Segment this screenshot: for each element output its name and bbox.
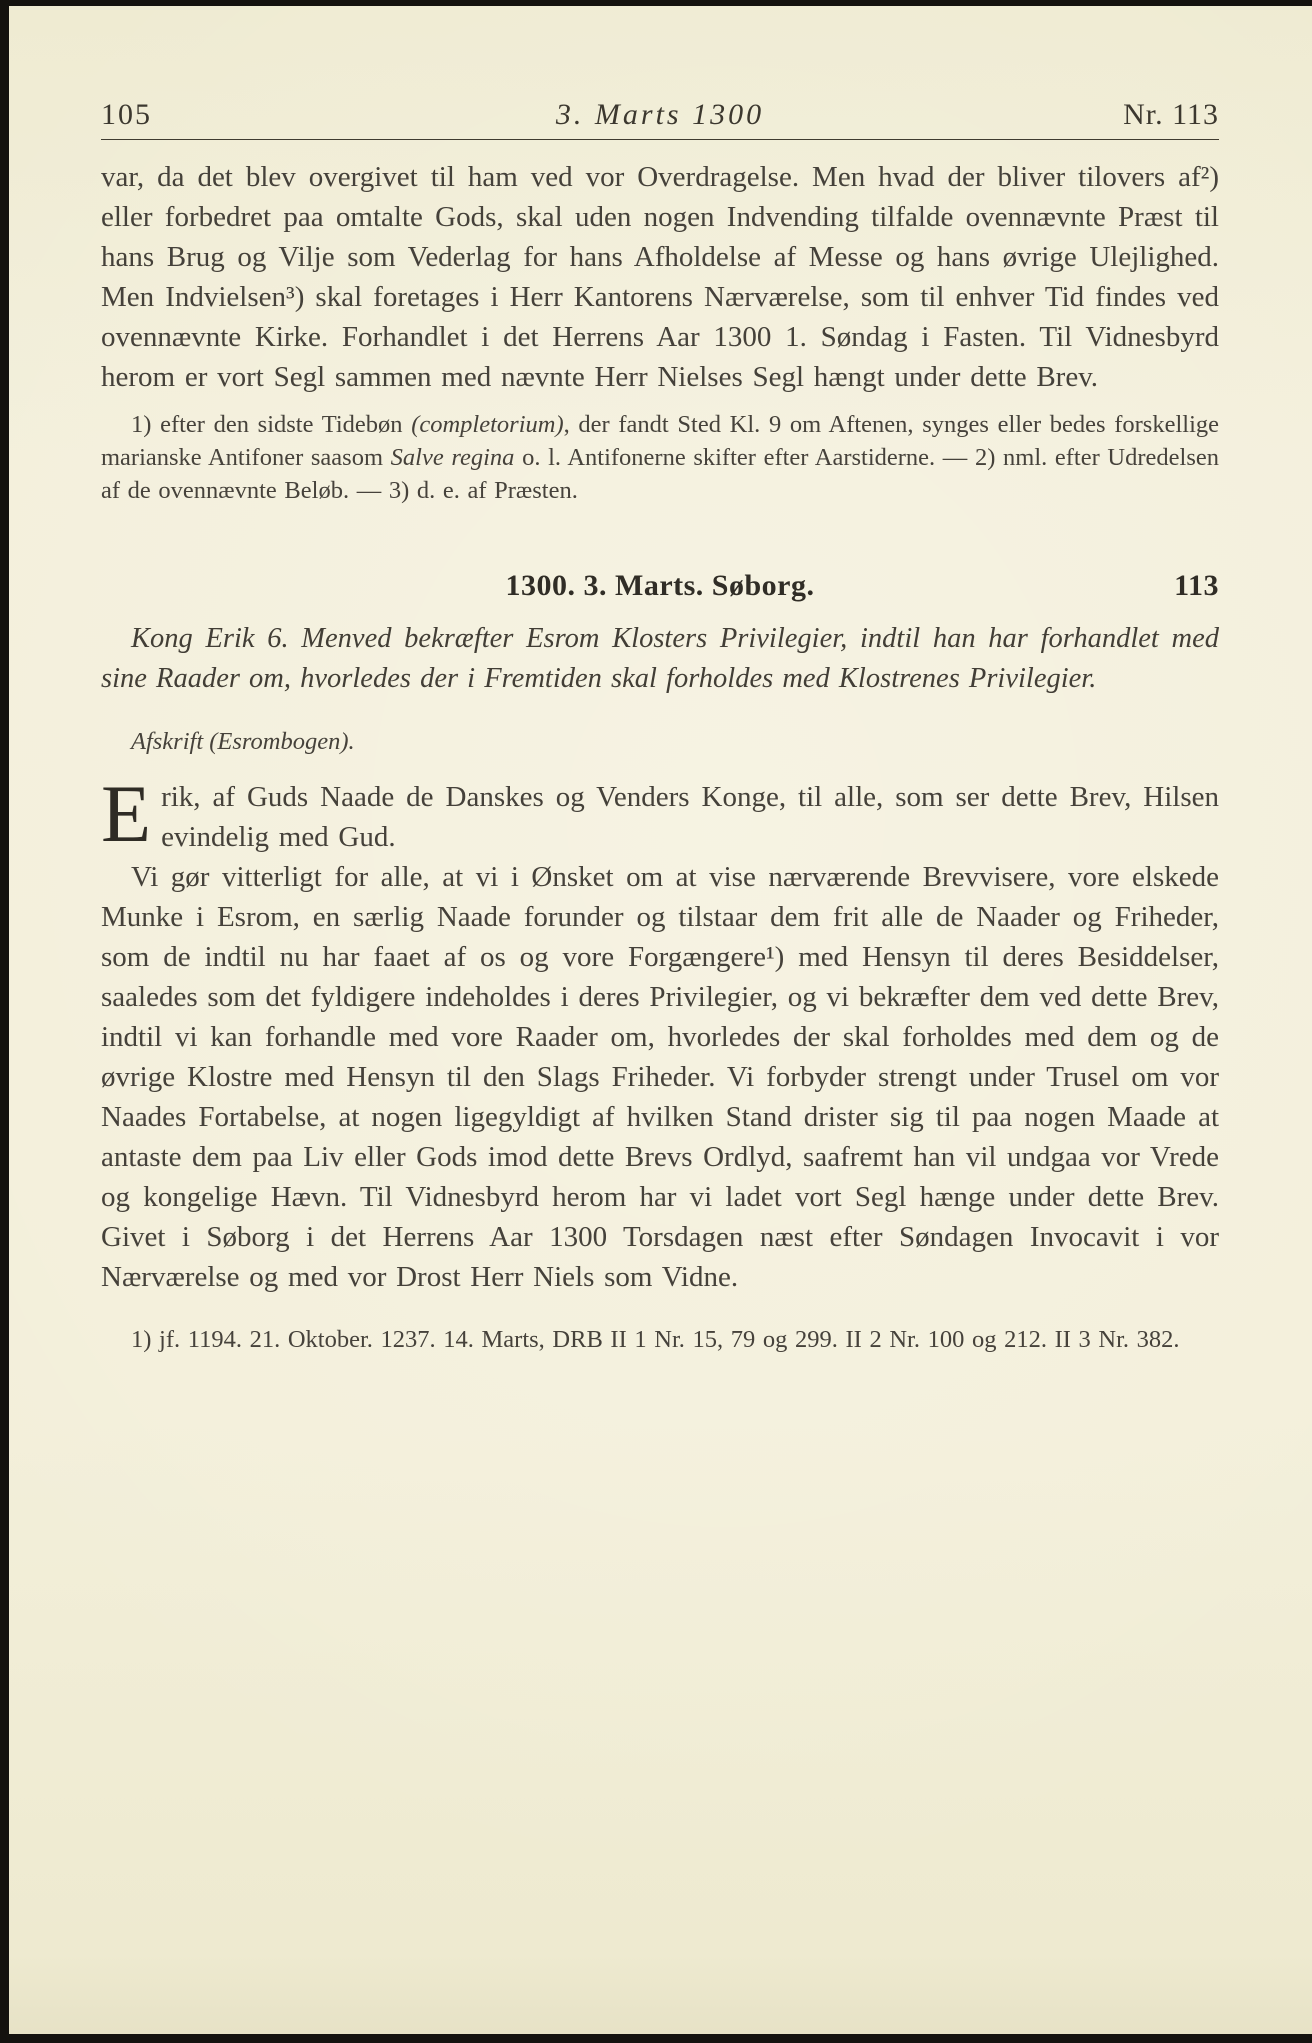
footnote-1-segment: 1) efter den sidste Tidebøn — [131, 411, 411, 438]
footnote-block-2: 1) jf. 1194. 21. Oktober. 1237. 14. Mart… — [101, 1323, 1219, 1356]
entry-body-paragraph-2: Vi gør vitterligt for alle, at vi i Ønsk… — [101, 857, 1219, 1297]
scanned-book-page: { "page": { "page_number": "105", "runni… — [0, 0, 1312, 2043]
page-content: 105 3. Marts 1300 Nr. 113 var, da det bl… — [101, 6, 1219, 1356]
header-rule — [101, 139, 1219, 140]
entry-body-paragraph-1: Erik, af Guds Naade de Danskes og Vender… — [101, 777, 1219, 857]
continuation-paragraph: var, da det blev overgivet til ham ved v… — [101, 157, 1219, 397]
running-title: 3. Marts 1300 — [281, 98, 1039, 132]
entry-heading-row: 1300. 3. Marts. Søborg. 113 — [101, 569, 1219, 603]
drop-cap-initial: E — [101, 777, 161, 847]
entry-number: 113 — [1174, 569, 1219, 603]
footnote-block-1: 1) efter den sidste Tidebøn (completoriu… — [101, 408, 1219, 507]
entry-source: Afskrift (Esrombogen). — [131, 728, 1219, 756]
footnote-1-italic-term: Salve regina — [391, 444, 515, 471]
document-number-header: Nr. 113 — [1039, 98, 1219, 132]
page-header: 105 3. Marts 1300 Nr. 113 — [101, 98, 1219, 132]
entry-body-paragraph-1-text: rik, af Guds Naade de Danskes og Venders… — [161, 781, 1219, 853]
footnote-1-italic-term: (completorium) — [411, 411, 563, 438]
entry-summary: Kong Erik 6. Menved bekræfter Esrom Klos… — [101, 619, 1219, 699]
entry-heading: 1300. 3. Marts. Søborg. — [506, 569, 815, 602]
page-number: 105 — [101, 98, 281, 132]
page: 105 3. Marts 1300 Nr. 113 var, da det bl… — [9, 6, 1312, 2034]
